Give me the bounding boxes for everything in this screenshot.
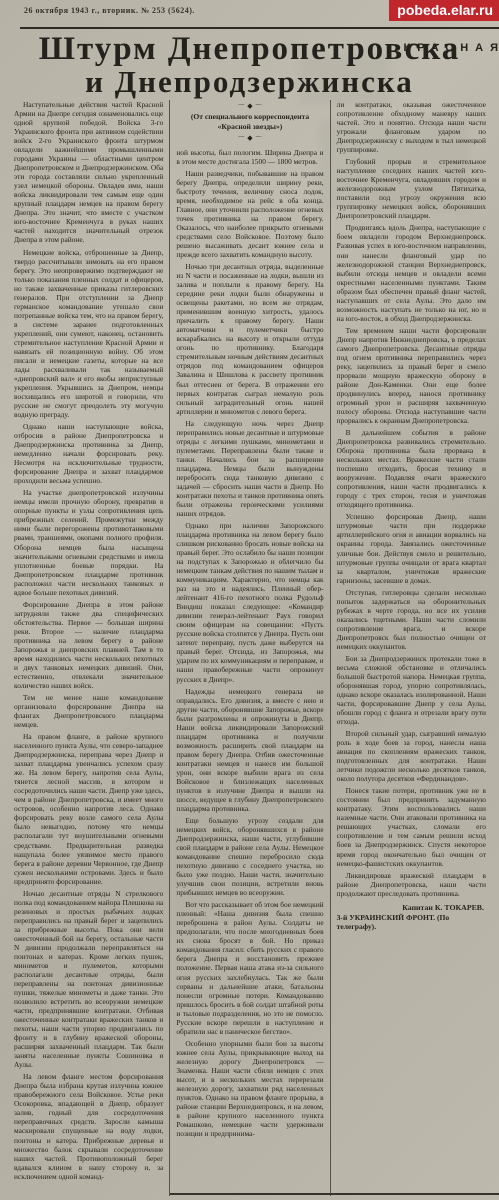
column-2-text: ной высоты, был пологим. Ширина Днепра и… (176, 148, 323, 1138)
article-columns: Наступательные действия частей Красной А… (8, 100, 492, 1196)
paragraph: ной высоты, был пологим. Ширина Днепра и… (176, 148, 323, 166)
article-title: Штурм Днепропетровска и Днепродзержинска (0, 32, 499, 99)
paragraph: Форсирование Днепра в этом районе затруд… (14, 600, 163, 690)
header-divider (20, 27, 499, 29)
column-3: ли контратаки, оказывая ожесточенное соп… (331, 100, 492, 1196)
column-1: Наступательные действия частей Красной А… (8, 100, 169, 1196)
paragraph: Особенно упорными были бои за высоты южн… (176, 1039, 323, 1138)
paragraph: Понеся такие потери, противник уже не в … (337, 786, 486, 867)
paragraph: Немецкие войска, отброшенные за Днепр, т… (14, 248, 163, 420)
byline: (От специального корреспондента «Красной… (176, 112, 323, 132)
paragraph: Глубокий прорыв и стремительное наступле… (337, 157, 486, 220)
paragraph: Вот что рассказывает об этом бое немецки… (176, 900, 323, 1035)
bottom-divider (170, 1193, 499, 1195)
paragraph: В дальнейшем события в районе Днепропетр… (337, 428, 486, 509)
watermark-stamp: pobeda.elar.ru (389, 0, 499, 21)
paragraph: Продвигаясь вдоль Днепра, наступающие с … (337, 223, 486, 322)
diamond-ornament-icon: ◆ (176, 102, 323, 110)
article-title-line2: и Днепродзержинска (0, 66, 499, 98)
paragraph: На участке днепропетровской излучины нем… (14, 488, 163, 596)
paragraph: Еще большую угрозу создали для немецких … (176, 816, 323, 897)
paragraph: Отступая, гитлеровцы сделали несколько п… (337, 588, 486, 651)
paragraph: Однако при наличии Запорожского плацдарм… (176, 521, 323, 684)
paragraph: ли контратаки, оказывая ожесточенное соп… (337, 100, 486, 154)
byline-block: ◆ (От специального корреспондента «Красн… (176, 102, 323, 142)
column-3-text: ли контратаки, оказывая ожесточенное соп… (337, 100, 486, 898)
paragraph: Успешно форсировав Днепр, наши штурмовые… (337, 512, 486, 584)
author-signature: Капитан К. ТОКАРЕВ. (337, 903, 484, 912)
paragraph: Ночью десантные отряды N стрелкового пол… (14, 889, 163, 1070)
paragraph: На левом фланге местом форсирования Днеп… (14, 1072, 163, 1180)
paragraph: Тем не менее наше командование организов… (14, 693, 163, 729)
paragraph: Второй сильный удар, сыгравший немалую р… (337, 729, 486, 783)
paragraph: Бои за Днепродзержинск протекали тоже в … (337, 654, 486, 726)
paragraph: Наши разведчики, побывавшие на правом бе… (176, 169, 323, 259)
paragraph: Надежды немецкого генерала не оправдалис… (176, 687, 323, 813)
article-title-line1: Штурм Днепропетровска (0, 32, 499, 66)
paragraph: На следующую ночь через Днепр переправил… (176, 419, 323, 518)
date-line: 26 октября 1943 г., вторник. № 253 (5624… (24, 6, 195, 15)
paragraph: Ликвидировав вражеский плацдарм в районе… (337, 871, 486, 898)
byline-line1: (От специального корреспондента (176, 112, 323, 122)
column-2: ◆ (От специального корреспондента «Красн… (169, 100, 330, 1196)
byline-line2: «Красной звезды») (176, 122, 323, 132)
front-dateline: 3-й УКРАИНСКИЙ ФРОНТ. (По телеграфу). (337, 913, 486, 931)
paragraph: Ночью три десантных отряда, выделенные и… (176, 262, 323, 416)
paragraph: Однако наши наступающие войска, отбросив… (14, 422, 163, 485)
paragraph: Наступательные действия частей Красной А… (14, 100, 163, 245)
paragraph: Тем временем наши части форсировали Днеп… (337, 326, 486, 425)
paragraph: На правом фланге, в районе крупного насе… (14, 732, 163, 886)
diamond-ornament-icon: ◆ (176, 134, 323, 142)
